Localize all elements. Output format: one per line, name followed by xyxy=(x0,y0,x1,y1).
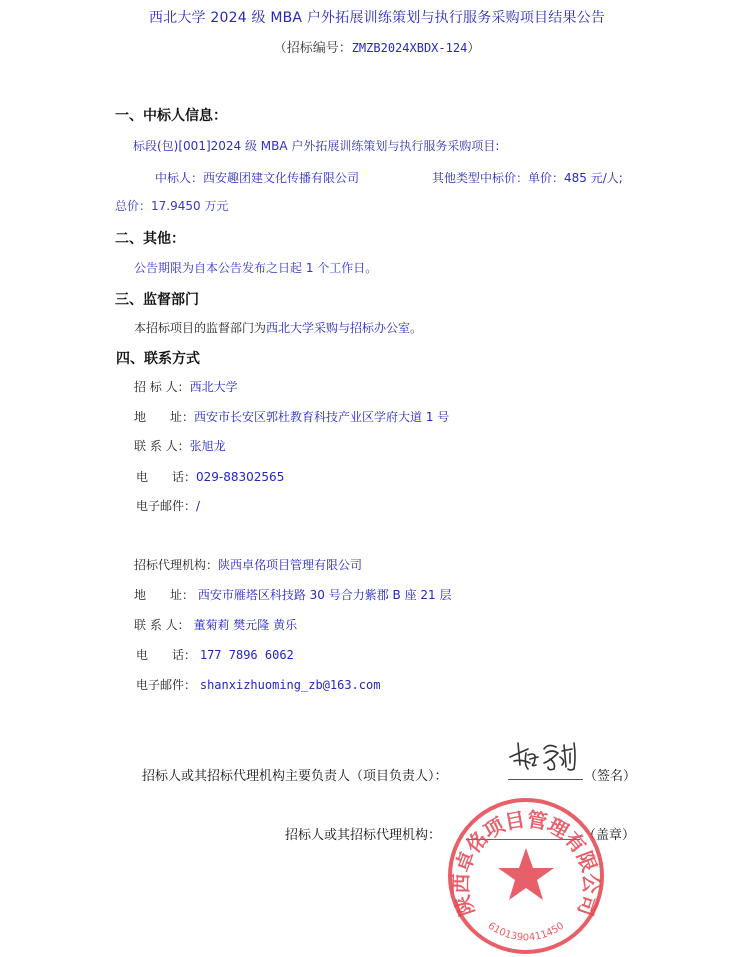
responsible-label: 招标人或其招标代理机构主要负责人（项目负责人）： xyxy=(142,765,448,784)
section-heading-winner: 一、中标人信息： xyxy=(115,105,227,125)
company-seal: 陕西卓佲项目管理有限公司 6101390411450 xyxy=(446,796,606,957)
svg-text:6101390411450: 6101390411450 xyxy=(486,921,567,944)
tenderer-contact: 张旭龙 xyxy=(190,439,226,453)
tender-number: （招标编号：ZMZB2024XBDX-124） xyxy=(0,37,754,56)
tenderer-address: 西安市长安区郭杜教育科技产业区学府大道 1 号 xyxy=(194,410,449,424)
agency-email: shanxizhuoming_zb@163.com xyxy=(200,678,381,692)
agency-email-label: 电子邮件： xyxy=(136,678,196,692)
tenderer-email: / xyxy=(196,499,200,513)
tender-number-prefix: （招标编号： xyxy=(274,41,352,56)
tender-number-code: ZMZB2024XBDX-124 xyxy=(352,41,468,55)
tenderer-phone-row: 电 话：029-88302565 xyxy=(136,468,284,485)
tenderer-phone: 029-88302565 xyxy=(196,470,284,484)
tenderer-name: 西北大学 xyxy=(190,380,238,394)
handwritten-signature xyxy=(504,735,588,783)
unit-price: 单价：485 元/人; xyxy=(528,171,623,185)
total-price: 总价：17.9450 万元 xyxy=(115,197,228,214)
agency-contact-label: 联 系 人： xyxy=(134,618,190,632)
agency-name-label: 招标代理机构： xyxy=(134,558,218,572)
supervision-suffix: 。 xyxy=(410,321,422,335)
section-heading-contact: 四、联系方式 xyxy=(116,348,200,368)
signature-icon xyxy=(504,735,588,779)
section-heading-supervision: 三、监督部门 xyxy=(115,289,199,309)
signature-suffix: （签名） xyxy=(584,765,636,784)
document-title: 西北大学 2024 级 MBA 户外拓展训练策划与执行服务采购项目结果公告 xyxy=(0,7,754,27)
tender-number-suffix: ） xyxy=(467,41,480,56)
agency-address-label: 地 址： xyxy=(134,588,194,602)
seal-code: 6101390411450 xyxy=(486,921,567,944)
agency-contact-row: 联 系 人： 董菊莉 樊元隆 黄乐 xyxy=(134,616,297,633)
winning-price: 其他类型中标价：单价：485 元/人; xyxy=(432,169,623,186)
winner-label: 中标人： xyxy=(155,171,203,185)
agency-name: 陕西卓佲项目管理有限公司 xyxy=(218,558,362,572)
tenderer-phone-label: 电 话： xyxy=(136,470,196,484)
section-heading-other: 二、其他： xyxy=(115,228,185,248)
winner-name: 西安趣团建文化传播有限公司 xyxy=(203,171,359,185)
tenderer-email-label: 电子邮件： xyxy=(136,499,196,513)
tenderer-name-label: 招 标 人： xyxy=(134,380,190,394)
agency-email-row: 电子邮件： shanxizhuoming_zb@163.com xyxy=(136,676,380,693)
tenderer-name-row: 招 标 人：西北大学 xyxy=(134,378,238,395)
agency-phone-row: 电 话： 177 7896 6062 xyxy=(136,646,294,663)
supervision-prefix: 本招标项目的监督部门为 xyxy=(134,321,266,335)
agency-phone: 177 7896 6062 xyxy=(200,648,294,662)
tenderer-address-row: 地 址：西安市长安区郭杜教育科技产业区学府大道 1 号 xyxy=(134,408,449,425)
tenderer-contact-label: 联 系 人： xyxy=(134,439,190,453)
winner-info: 中标人：西安趣团建文化传播有限公司 xyxy=(155,169,359,186)
notice-period: 公告期限为自本公告发布之日起 1 个工作日。 xyxy=(134,259,377,276)
tenderer-email-row: 电子邮件：/ xyxy=(136,497,200,514)
tenderer-address-label: 地 址： xyxy=(134,410,194,424)
agency-address-row: 地 址： 西安市雁塔区科技路 30 号合力紫郡 B 座 21 层 xyxy=(134,586,452,603)
agency-phone-label: 电 话： xyxy=(136,648,196,662)
agency-name-row: 招标代理机构：陕西卓佲项目管理有限公司 xyxy=(134,556,362,573)
agency-address: 西安市雁塔区科技路 30 号合力紫郡 B 座 21 层 xyxy=(198,588,452,602)
lot-description: 标段(包)[001]2024 级 MBA 户外拓展训练策划与执行服务采购项目: xyxy=(133,137,499,154)
org-label: 招标人或其招标代理机构： xyxy=(285,824,441,843)
tenderer-contact-row: 联 系 人：张旭龙 xyxy=(134,437,226,454)
supervision-dept: 西北大学采购与招标办公室 xyxy=(266,321,410,335)
supervision-text: 本招标项目的监督部门为西北大学采购与招标办公室。 xyxy=(134,319,422,336)
seal-icon: 陕西卓佲项目管理有限公司 6101390411450 xyxy=(446,796,606,956)
agency-contact: 董菊莉 樊元隆 黄乐 xyxy=(193,618,297,632)
price-label: 其他类型中标价： xyxy=(432,171,528,185)
